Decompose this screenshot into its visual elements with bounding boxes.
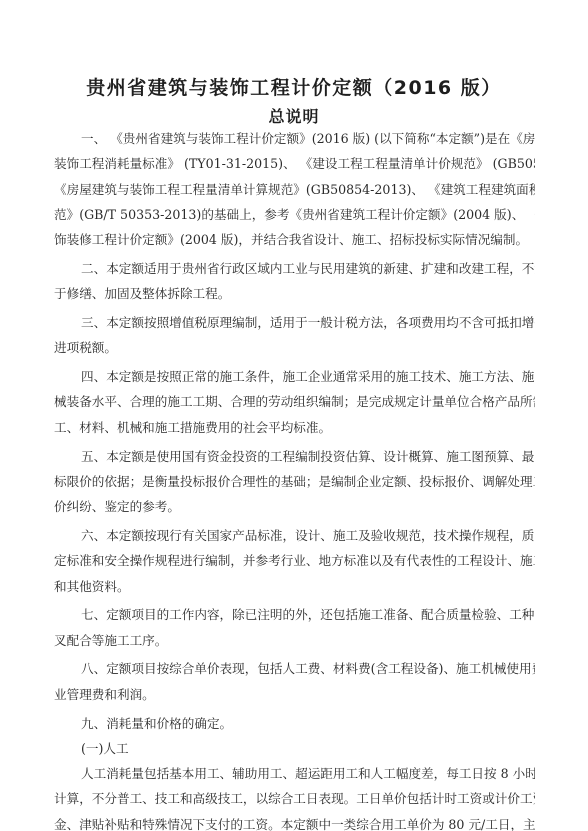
body-text-line: 金、津贴补贴和特殊情况下支付的工资。本定额中一类综合用工单价为 80 元/工日，…	[54, 812, 535, 831]
body-text-line: 一、 《贵州省建筑与装饰工程计价定额》(2016 版) (以下简称“本定额”)是…	[54, 126, 535, 151]
body-text-line: 价纠纷、鉴定的参考。	[54, 494, 535, 519]
body-text-line: 定标准和安全操作规程进行编制，并参考行业、地方标准以及有代表性的工程设计、施工资…	[54, 548, 535, 573]
body-text-line: 五、本定额是使用国有资金投资的工程编制投资估算、设计概算、施工图预算、最高投	[54, 444, 535, 469]
body-text-line: 装饰工程消耗量标准》 (TY01-31-2015)、 《建设工程工程量清单计价规…	[54, 151, 535, 176]
body-text-line: 八、定额项目按综合单价表现，包括人工费、材料费(含工程设备)、施工机械使用费、企	[54, 656, 535, 681]
body-text-line: 标限价的依据；是衡量投标报价合理性的基础；是编制企业定额、投标报价、调解处理工程…	[54, 469, 535, 494]
body-text-line: 四、本定额是按照正常的施工条件，施工企业通常采用的施工技术、施工方法、施工机	[54, 364, 535, 389]
document-title: 贵州省建筑与装饰工程计价定额（2016 版）	[0, 73, 588, 100]
body-text-line: 和其他资料。	[54, 574, 535, 599]
body-text-line: 《房屋建筑与装饰工程工程量清单计算规范》(GB50854-2013)、 《建筑工…	[54, 177, 535, 202]
body-text-line: 工、材料、机械和施工措施费用的社会平均标准。	[54, 415, 535, 440]
body-text-line: 七、定额项目的工作内容，除已注明的外，还包括施工准备、配合质量检验、工种间交	[54, 602, 535, 627]
body-text-line: 范》(GB/T 50353-2013)的基础上，参考《贵州省建筑工程计价定额》(…	[54, 202, 535, 227]
body-text-line: 饰装修工程计价定额》(2004 版)，并结合我省设计、施工、招标投标实际情况编制…	[54, 227, 535, 252]
body-text-line: 械装备水平、合理的施工工期、合理的劳动组织编制；是完成规定计量单位合格产品所需的…	[54, 389, 535, 414]
document-subtitle: 总说明	[0, 104, 588, 127]
body-text-line: 三、本定额按照增值税原理编制，适用于一般计税方法，各项费用均不含可抵扣增值税	[54, 310, 535, 335]
body-text-line: 进项税额。	[54, 335, 535, 360]
document-page: 贵州省建筑与装饰工程计价定额（2016 版） 总说明 一、 《贵州省建筑与装饰工…	[0, 0, 588, 831]
body-text-line: 叉配合等施工工序。	[54, 628, 535, 653]
body-text-line: 计算，不分普工、技工和高级技工，以综合工日表现。工日单价包括计时工资或计价工资、…	[54, 786, 535, 811]
body-text-line: 六、本定额按现行有关国家产品标准，设计、施工及验收规范，技术操作规程，质量评	[54, 523, 535, 548]
body-text-line: 二、本定额适用于贵州省行政区域内工业与民用建筑的新建、扩建和改建工程，不适用	[54, 256, 535, 281]
body-text-line: 人工消耗量包括基本用工、辅助用工、超运距用工和人工幅度差，每工日按 8 小时工作	[54, 761, 535, 786]
document-body: 一、 《贵州省建筑与装饰工程计价定额》(2016 版) (以下简称“本定额”)是…	[54, 126, 535, 831]
body-text-line: 九、消耗量和价格的确定。	[54, 711, 535, 736]
body-text-line: (一)人工	[54, 736, 535, 761]
body-text-line: 业管理费和利润。	[54, 682, 535, 707]
body-text-line: 于修缮、加固及整体拆除工程。	[54, 281, 535, 306]
